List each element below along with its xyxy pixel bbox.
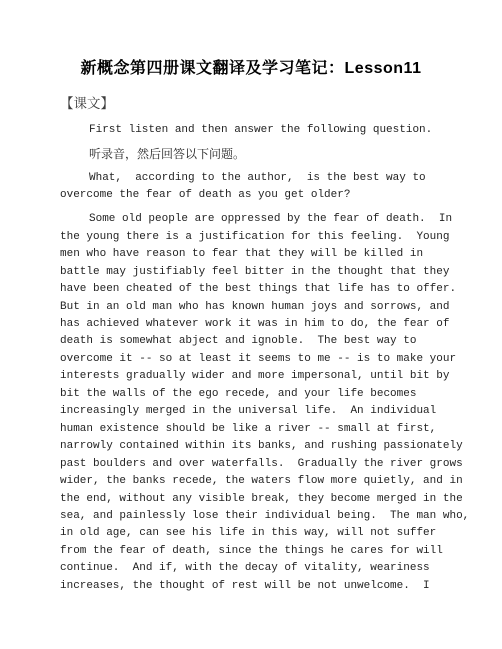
document-page: 新概念第四册课文翻译及学习笔记：Lesson11 【课文】 First list… xyxy=(0,0,502,649)
document-title: 新概念第四册课文翻译及学习笔记：Lesson11 xyxy=(0,57,502,81)
paragraph-lesson-text: Some old people are oppressed by the fea… xyxy=(60,211,492,595)
paragraph-question: What, according to the author, is the be… xyxy=(60,170,492,205)
paragraph-instruction-en: First listen and then answer the followi… xyxy=(60,122,492,139)
section-label-text: 【课文】 xyxy=(60,97,502,111)
paragraph-instruction-zh: 听录音，然后回答以下问题。 xyxy=(60,146,492,163)
